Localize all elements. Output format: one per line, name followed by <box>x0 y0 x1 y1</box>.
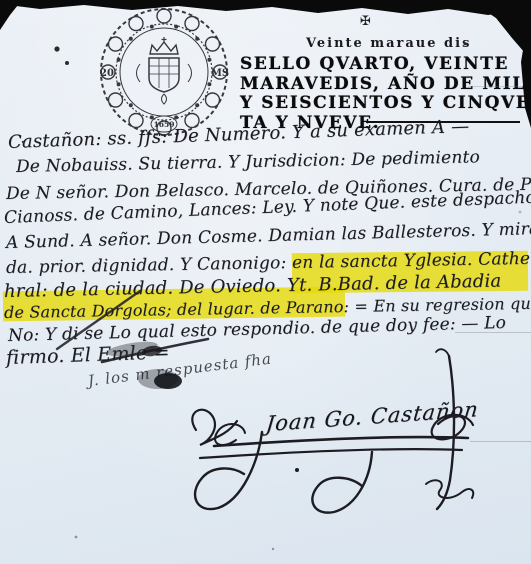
fee-note: Veinte maraue dis <box>306 36 471 51</box>
seal-left-text: 20 <box>100 68 114 79</box>
heading-rule <box>366 121 520 123</box>
stamp-heading-line: MARAVEDIS, AÑO DE MIL <box>240 75 531 95</box>
manuscript-line: De Nobauiss. Su tierra. Y Jurisdicion: D… <box>16 147 480 177</box>
seal-right-text: MS <box>211 68 229 79</box>
signature-name: Joan Go. Castañon <box>265 397 480 436</box>
stamp-heading-line: Y SEISCIENTOS Y CINQVEN <box>240 94 531 114</box>
document-scan: 20 MS 1659 ✠ Veinte maraue dis SELLO QVA… <box>0 0 531 564</box>
stamp-heading-line: SELLO QVARTO, VEINTE <box>240 55 531 75</box>
printer-ornament-icon: ✠ <box>360 14 371 29</box>
